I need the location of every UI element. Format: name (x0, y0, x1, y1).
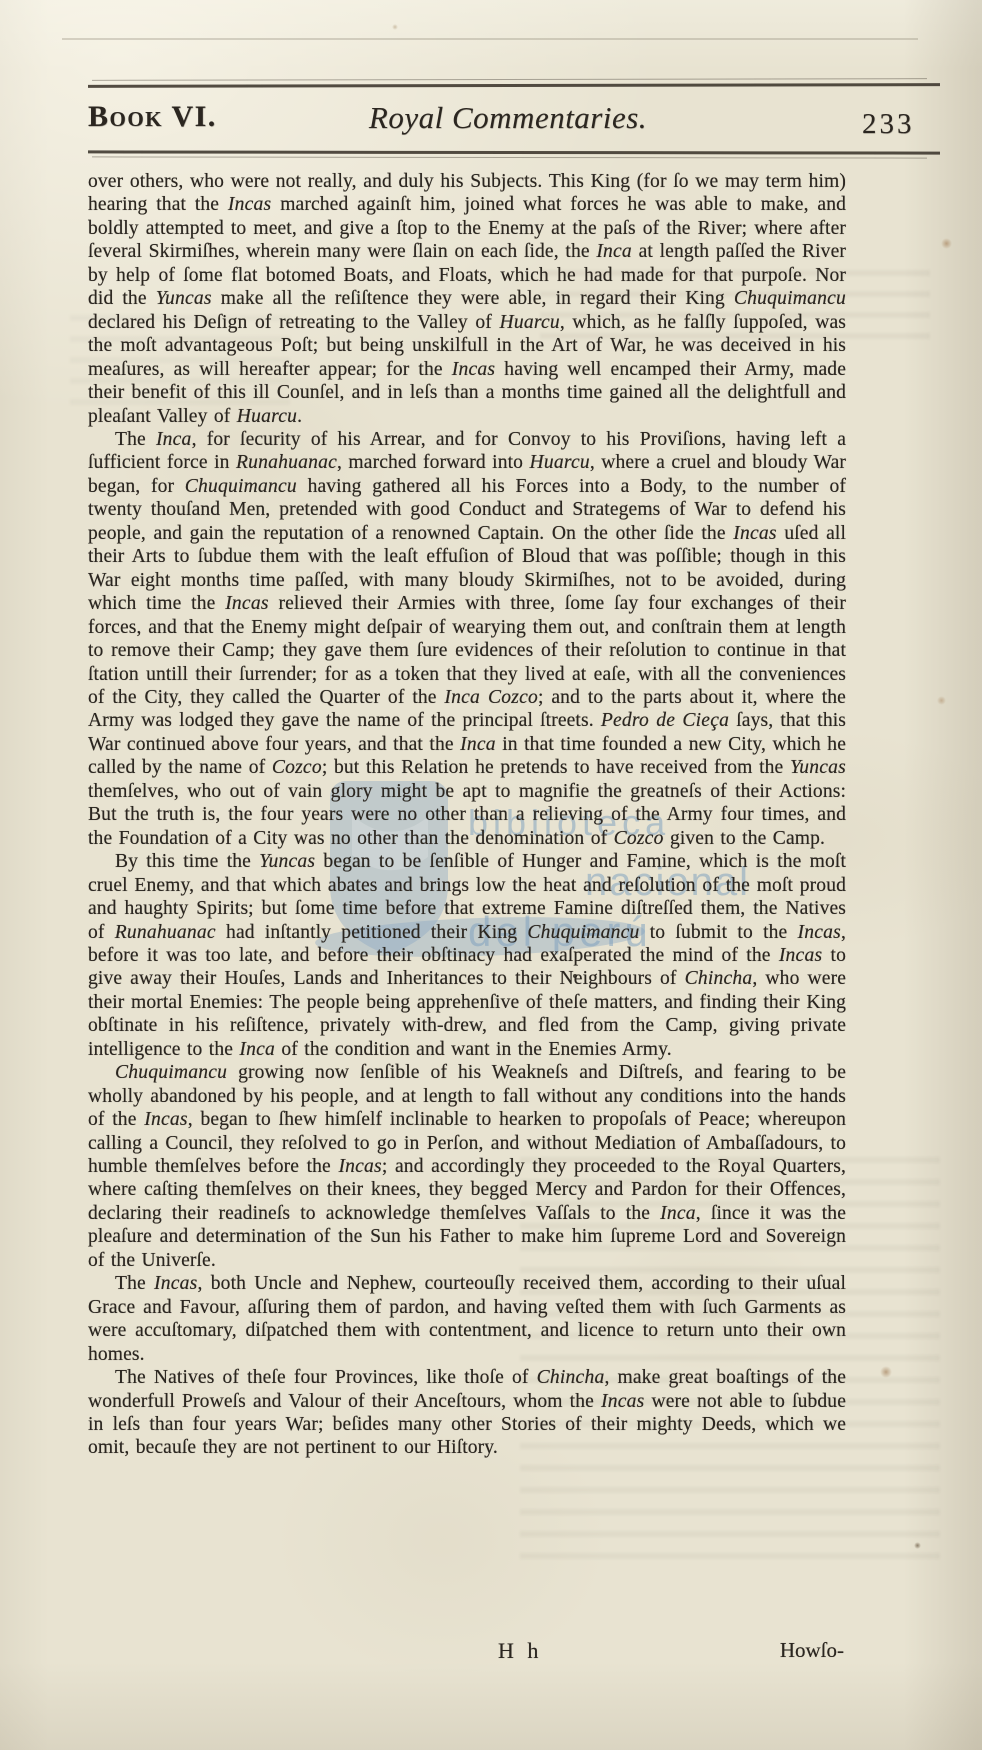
paragraph: Chuquimancu growing now ſenſible of his … (88, 1061, 846, 1272)
paragraph: By this time the Yuncas began to be ſenſ… (88, 850, 846, 1061)
paragraph: The Inca, for ſecurity of his Arrear, an… (88, 428, 846, 850)
paragraph: over others, who were not really, and du… (88, 170, 846, 428)
book-label: Book VI. (88, 100, 217, 134)
scan-artifact-line (62, 38, 918, 40)
header-rule-bottom (88, 150, 940, 154)
header-rule-top (88, 83, 940, 87)
foxing-stain (914, 1542, 921, 1549)
catchword: Howſo- (780, 1638, 844, 1663)
signature-mark: H h (498, 1638, 542, 1664)
text-block: over others, who were not really, and du… (88, 170, 846, 1460)
foxing-stain (941, 238, 952, 249)
foxing-stain (880, 1366, 892, 1378)
book-page: biblioteca nacional del perú Book VI. Ro… (0, 0, 982, 1750)
running-title: Royal Commentaries. (369, 100, 647, 136)
foxing-stain (937, 696, 946, 705)
paragraph: The Incas, both Uncle and Nephew, courte… (88, 1272, 846, 1366)
page-number: 233 (862, 108, 915, 141)
foxing-stain (392, 24, 398, 30)
paragraph: The Natives of theſe four Provinces, lik… (88, 1366, 846, 1460)
